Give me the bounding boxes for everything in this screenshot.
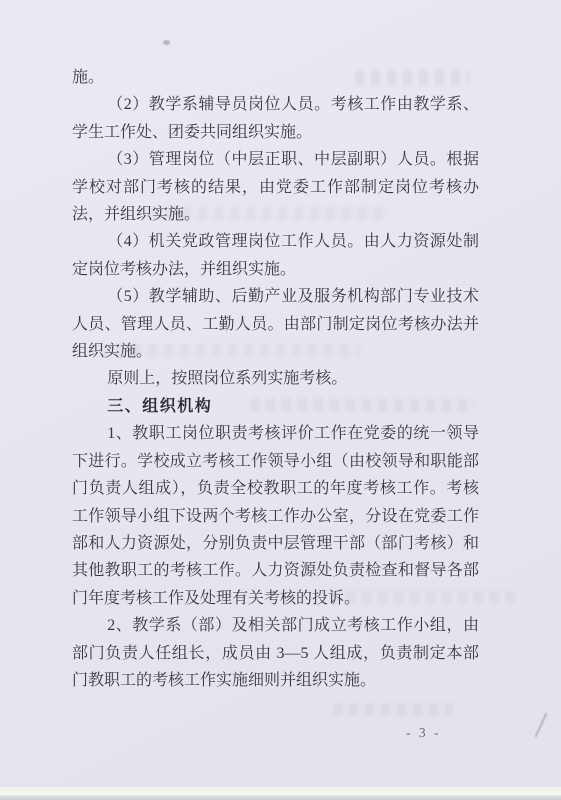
paragraph-principle: 原则上，按照岗位系列实施考核。 xyxy=(72,365,479,392)
paragraph-item-5: （5）教学辅助、后勤产业及服务机构部门专业技术人员、管理人员、工勤人员。由部门制… xyxy=(72,283,479,365)
paragraph-org-1: 1、教职工岗位职责考核评价工作在党委的统一领导下进行。学校成立考核工作领导小组（… xyxy=(72,420,479,612)
paragraph-item-2: （2）教学系辅导员岗位人员。考核工作由教学系、学生工作处、团委共同组织实施。 xyxy=(72,91,479,146)
page-number: - 3 - xyxy=(406,725,441,741)
paragraph-continuation: 施。 xyxy=(72,64,479,91)
paragraph-item-4: （4）机关党政管理岗位工作人员。由人力资源处制定岗位考核办法，并组织实施。 xyxy=(72,228,479,283)
scan-speck xyxy=(163,40,170,45)
bleed-through-smudge xyxy=(333,703,453,716)
paragraph-org-2: 2、教学系（部）及相关部门成立考核工作小组，由部门负责人任组长，成员由 3—5 … xyxy=(72,612,479,694)
scanned-page: 施。 （2）教学系辅导员岗位人员。考核工作由教学系、学生工作处、团委共同组织实施… xyxy=(0,0,561,800)
section-heading: 三、组织机构 xyxy=(72,393,479,420)
scan-edge-strip xyxy=(0,787,561,795)
document-body: 施。 （2）教学系辅导员岗位人员。考核工作由教学系、学生工作处、团委共同组织实施… xyxy=(72,64,479,694)
pencil-mark xyxy=(535,713,548,737)
scan-edge-shadow xyxy=(0,795,561,800)
paragraph-item-3: （3）管理岗位（中层正职、中层副职）人员。根据学校对部门考核的结果，由党委工作部… xyxy=(72,146,479,228)
